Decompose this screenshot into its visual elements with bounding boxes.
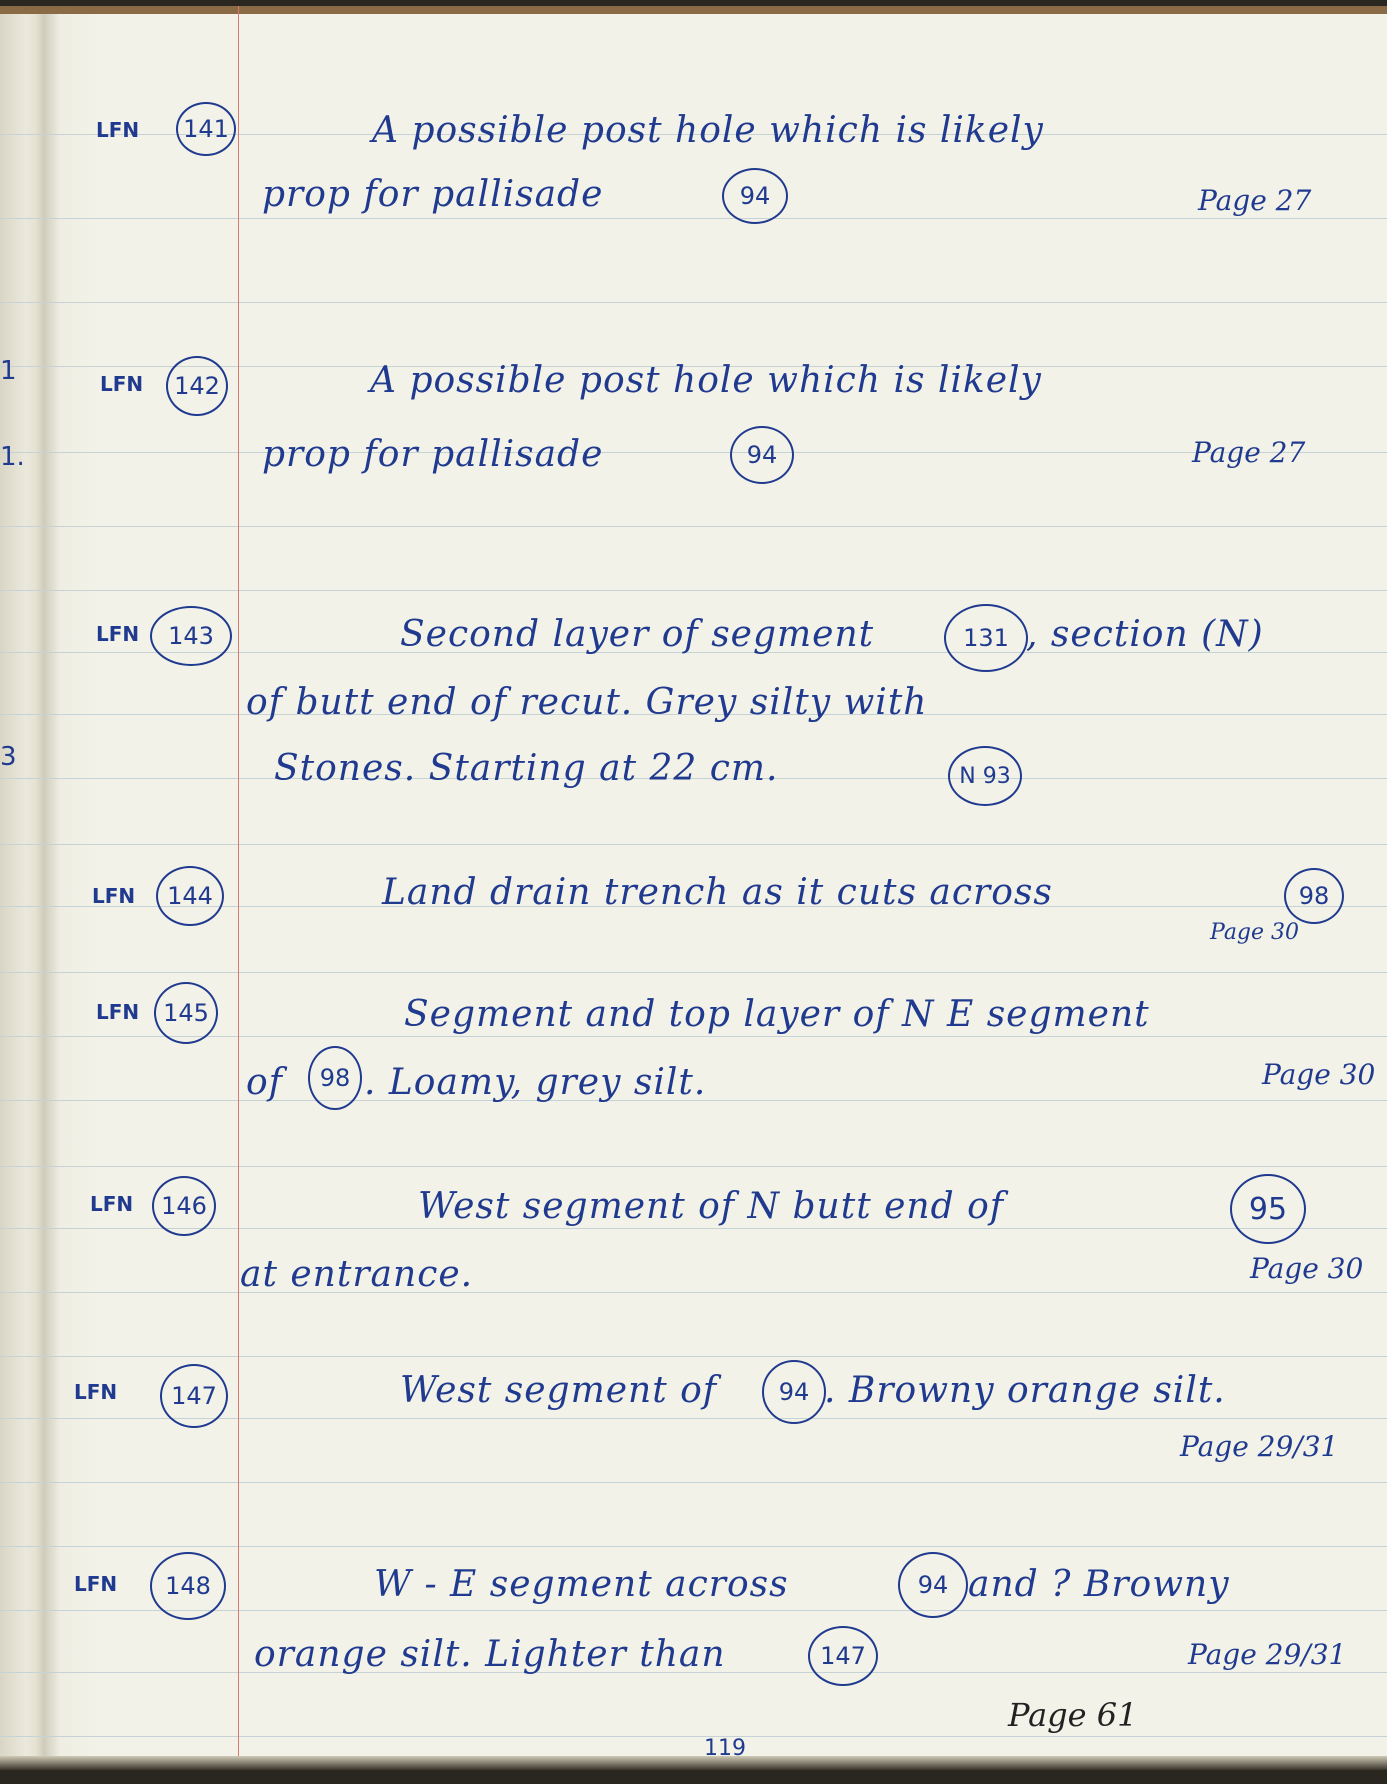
- lfn-label: LFN: [100, 372, 143, 396]
- entry-text-line: . Loamy, grey silt.: [364, 1062, 706, 1103]
- ref-circle: 131: [944, 604, 1028, 672]
- ref-circle: 147: [808, 1626, 878, 1686]
- page-reference: Page 30: [1210, 920, 1299, 945]
- ruled-line: [0, 1546, 1387, 1547]
- ref-circle: N 93: [948, 746, 1022, 806]
- entry-text-line: of: [246, 1062, 283, 1103]
- page-reference: Page 27: [1198, 184, 1311, 217]
- ruled-line: [0, 844, 1387, 845]
- page-reference: Page 29/31: [1188, 1638, 1346, 1671]
- entry-number-circle: 142: [166, 356, 228, 416]
- ruled-line: [0, 1166, 1387, 1167]
- left-page-fragment: 3: [0, 742, 17, 772]
- entry-text-line: West segment of: [400, 1370, 717, 1411]
- ruled-line: [0, 1736, 1387, 1737]
- entry-number-circle: 144: [156, 866, 224, 926]
- entry-number-circle: 146: [152, 1176, 216, 1236]
- page-reference: Page 27: [1192, 436, 1305, 469]
- pencil-page-note: Page 61: [1008, 1696, 1137, 1734]
- entry-text-line: at entrance.: [240, 1254, 473, 1295]
- ruled-line: [0, 590, 1387, 591]
- ruled-line: [0, 1356, 1387, 1357]
- entry-text-line: of butt end of recut. Grey silty with: [246, 682, 927, 723]
- ruled-line: [0, 1292, 1387, 1293]
- ruled-line: [0, 1036, 1387, 1037]
- entry-text-line: A possible post hole which is likely: [372, 110, 1044, 151]
- ruled-line: [0, 526, 1387, 527]
- ruled-line: [0, 1482, 1387, 1483]
- page-reference: Page 29/31: [1180, 1430, 1338, 1463]
- entry-text-line: . Browny orange silt.: [824, 1370, 1226, 1411]
- page-reference: Page 30: [1262, 1058, 1375, 1091]
- entry-text-line: orange silt. Lighter than: [254, 1634, 726, 1675]
- notebook-page: 1 1. 3 LFN 141 A possible post hole whic…: [0, 6, 1387, 1770]
- entry-number-circle: 145: [154, 982, 218, 1044]
- ref-circle: 98: [1284, 868, 1344, 924]
- entry-text-line: West segment of N butt end of: [418, 1186, 1004, 1227]
- margin-line: [238, 6, 239, 1770]
- ref-circle: 94: [762, 1360, 826, 1424]
- entry-number-circle: 148: [150, 1552, 226, 1620]
- entry-text-line: A possible post hole which is likely: [370, 360, 1042, 401]
- ref-circle: 94: [730, 426, 794, 484]
- entry-text-line: and ? Browny: [968, 1564, 1230, 1605]
- ruled-line: [0, 972, 1387, 973]
- page-reference: Page 30: [1250, 1252, 1363, 1285]
- lfn-label: LFN: [90, 1192, 133, 1216]
- ruled-line: [0, 218, 1387, 219]
- entry-text-line: Segment and top layer of N E segment: [404, 994, 1150, 1035]
- ref-circle: 94: [722, 168, 788, 224]
- lfn-label: LFN: [96, 1000, 139, 1024]
- entry-text-line: Land drain trench as it cuts across: [382, 872, 1053, 913]
- entry-text-line: W - E segment across: [374, 1564, 789, 1605]
- lfn-label: LFN: [92, 884, 135, 908]
- entry-number-circle: 143: [150, 606, 232, 666]
- ruled-line: [0, 302, 1387, 303]
- lfn-label: LFN: [96, 118, 139, 142]
- ruled-line: [0, 1228, 1387, 1229]
- ref-circle: 94: [898, 1552, 968, 1618]
- entry-text-line: Stones. Starting at 22 cm.: [274, 748, 778, 789]
- lfn-label: LFN: [74, 1380, 117, 1404]
- lfn-label: LFN: [74, 1572, 117, 1596]
- ref-circle: 98: [308, 1046, 362, 1110]
- ref-circle: 95: [1230, 1174, 1306, 1244]
- lfn-label: LFN: [96, 622, 139, 646]
- entry-number-circle: 141: [176, 102, 236, 156]
- entry-text-line: , section (N): [1026, 614, 1264, 655]
- left-page-fragment: 1: [0, 356, 17, 386]
- entry-text-line: prop for pallisade: [262, 434, 603, 475]
- entry-number-circle: 147: [160, 1364, 228, 1428]
- left-page-fragment: 1.: [0, 442, 25, 472]
- page-top-edge: [0, 6, 1387, 14]
- entry-text-line: prop for pallisade: [262, 174, 603, 215]
- page-bottom-edge: [0, 1756, 1387, 1770]
- ruled-line: [0, 452, 1387, 453]
- entry-text-line: Second layer of segment: [400, 614, 874, 655]
